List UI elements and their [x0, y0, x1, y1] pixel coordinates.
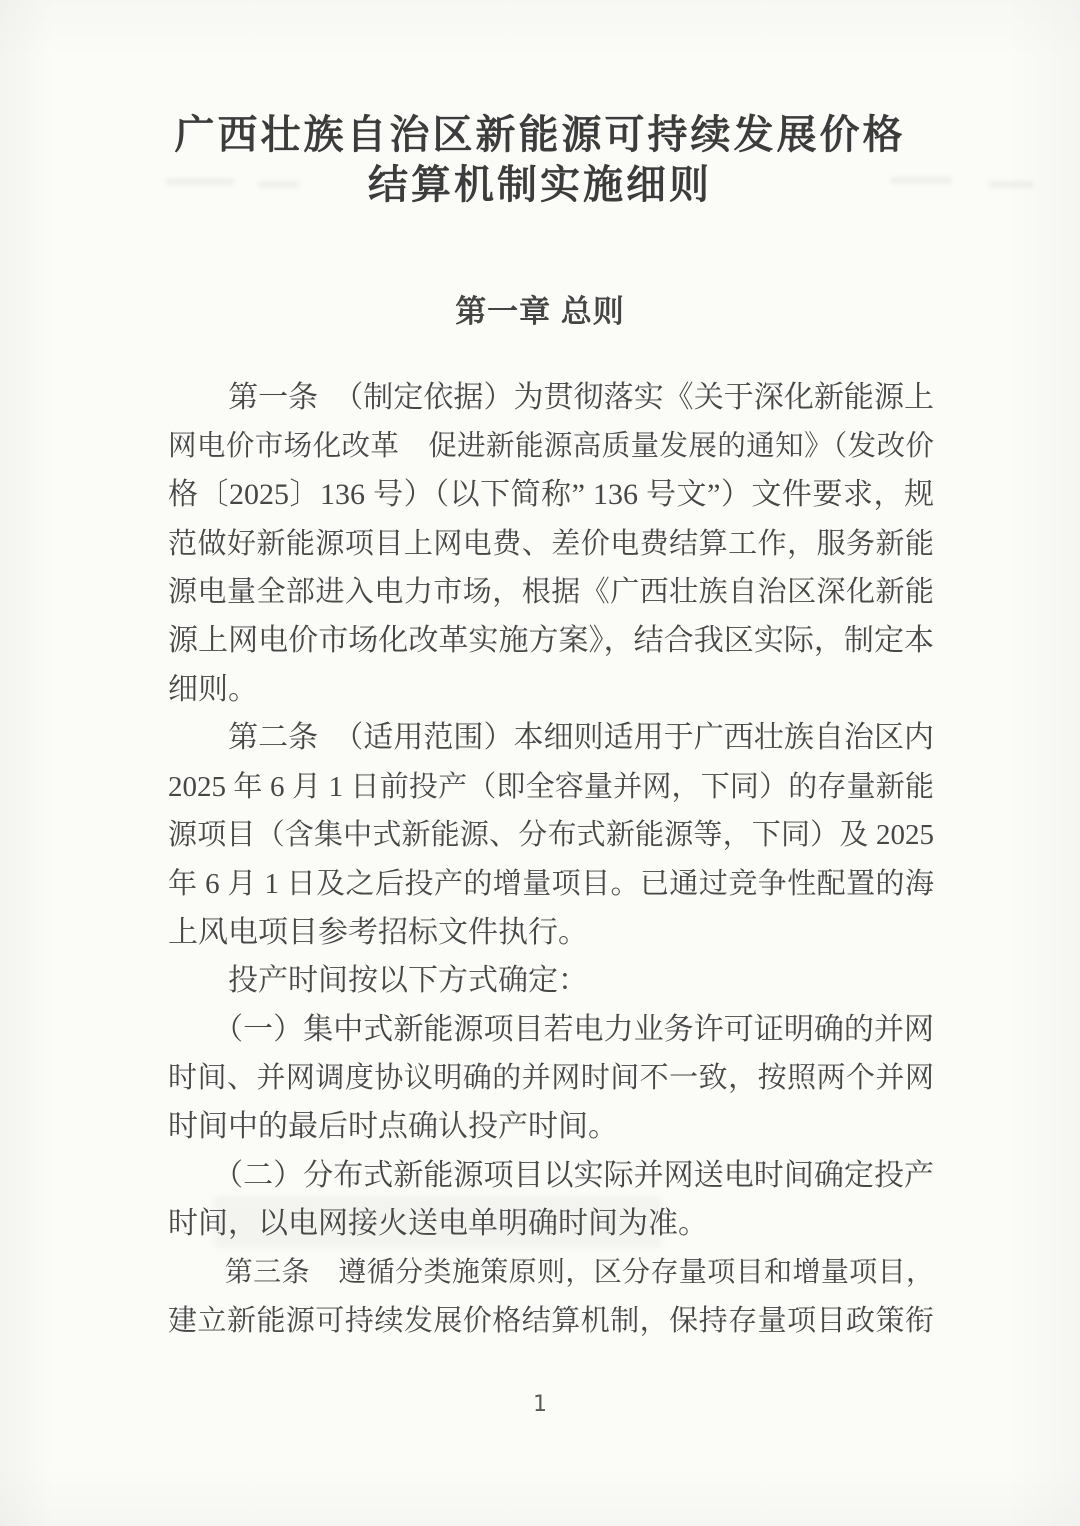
- text-line: 第二条 （适用范围）本细则适用于广西壮族自治区内: [168, 714, 934, 763]
- title-line-1: 广西壮族自治区新能源可持续发展价格: [0, 110, 1080, 160]
- text-line: 第一条 （制定依据）为贯彻落实《关于深化新能源上: [168, 374, 934, 423]
- text-line: 源电量全部进入电力市场，根据《广西壮族自治区深化新能: [168, 568, 934, 617]
- title-line-2: 结算机制实施细则: [0, 160, 1080, 210]
- text-line: 源上网电价市场化改革实施方案》，结合我区实际，制定本: [168, 617, 934, 666]
- text-line: 范做好新能源项目上网电费、差价电费结算工作，服务新能: [168, 520, 934, 569]
- chapter-heading: 第一章 总则: [0, 291, 1080, 333]
- text-line: （一）集中式新能源项目若电力业务许可证明确的并网: [168, 1006, 934, 1055]
- text-line: 细则。: [168, 666, 934, 715]
- paragraph: 第二条 （适用范围）本细则适用于广西壮族自治区内2025 年 6 月 1 日前投…: [168, 714, 934, 957]
- paragraph: 第三条 遵循分类施策原则，区分存量项目和增量项目，建立新能源可持续发展价格结算机…: [168, 1249, 934, 1346]
- paragraph: （二）分布式新能源项目以实际并网送电时间确定投产时间，以电网接火送电单明确时间为…: [168, 1152, 934, 1249]
- text-line: 格〔2025〕136 号）（以下简称” 136 号文”）文件要求，规: [168, 471, 934, 520]
- text-line: 时间中的最后时点确认投产时间。: [168, 1103, 934, 1152]
- text-line: 时间、并网调度协议明确的并网时间不一致，按照两个并网: [168, 1054, 934, 1103]
- text-line: 源项目（含集中式新能源、分布式新能源等，下同）及 2025: [168, 811, 934, 860]
- paragraph: 投产时间按以下方式确定：: [168, 957, 934, 1006]
- text-line: （二）分布式新能源项目以实际并网送电时间确定投产: [168, 1152, 934, 1201]
- text-line: 年 6 月 1 日及之后投产的增量项目。已通过竞争性配置的海: [168, 860, 934, 909]
- page-number: 1: [0, 1392, 1080, 1417]
- text-line: 时间，以电网接火送电单明确时间为准。: [168, 1200, 934, 1249]
- text-line: 2025 年 6 月 1 日前投产（即全容量并网，下同）的存量新能: [168, 763, 934, 812]
- document-body: 第一条 （制定依据）为贯彻落实《关于深化新能源上网电价市场化改革 促进新能源高质…: [168, 374, 934, 1346]
- text-line: 上风电项目参考招标文件执行。: [168, 909, 934, 958]
- document-title: 广西壮族自治区新能源可持续发展价格 结算机制实施细则: [0, 110, 1080, 210]
- text-line: 投产时间按以下方式确定：: [168, 957, 934, 1006]
- text-line: 建立新能源可持续发展价格结算机制，保持存量项目政策衔: [168, 1297, 934, 1346]
- paragraph: （一）集中式新能源项目若电力业务许可证明确的并网时间、并网调度协议明确的并网时间…: [168, 1006, 934, 1152]
- paragraph: 第一条 （制定依据）为贯彻落实《关于深化新能源上网电价市场化改革 促进新能源高质…: [168, 374, 934, 714]
- text-line: 第三条 遵循分类施策原则，区分存量项目和增量项目，: [168, 1249, 934, 1298]
- text-line: 网电价市场化改革 促进新能源高质量发展的通知》（发改价: [168, 423, 934, 472]
